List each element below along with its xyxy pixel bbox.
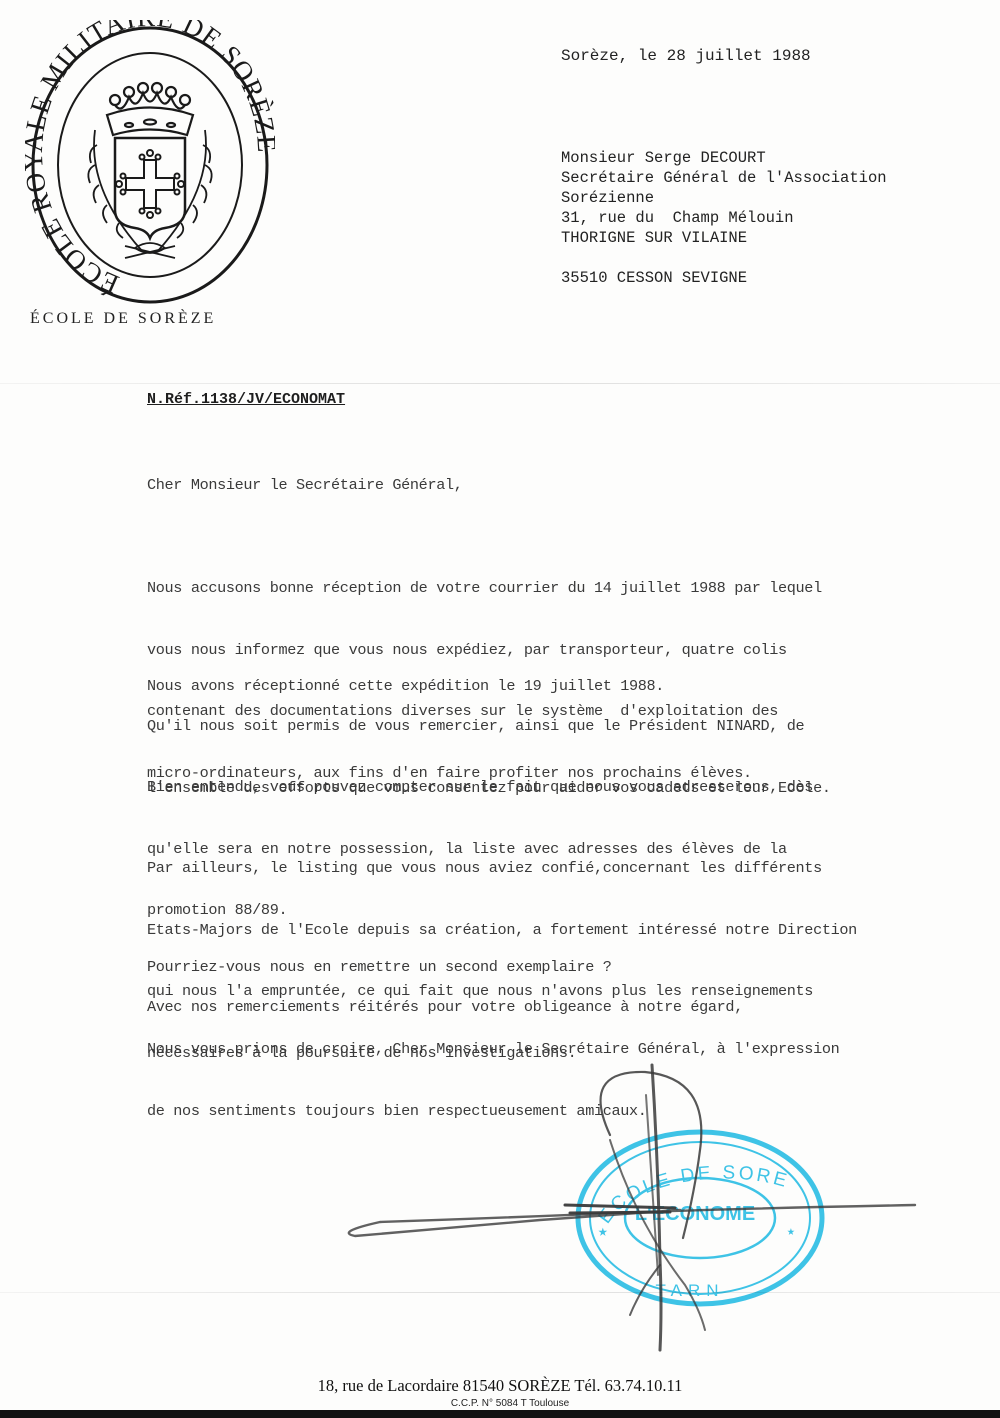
recipient-street: 31, rue du Champ Mélouin: [561, 208, 887, 228]
school-seal-emblem: ÉCOLE ROYALE MILITAIRE DE SORÈZE: [25, 20, 275, 310]
recipient-organization: Sorézienne: [561, 188, 887, 208]
letter-reference: N.Réf.1138/JV/ECONOMAT: [147, 391, 345, 408]
occitan-cross-icon: [116, 150, 184, 218]
stamp-and-signature: ECOLE DE SOREZE L'ECONOME TARN ★ ★: [340, 1060, 930, 1360]
recipient-name: Monsieur Serge DECOURT: [561, 148, 887, 168]
recipient-address: Monsieur Serge DECOURT Secrétaire Généra…: [561, 148, 887, 288]
body-line: Par ailleurs, le listing que vous nous a…: [147, 858, 857, 879]
body-line: Nous accusons bonne réception de votre c…: [147, 578, 822, 599]
recipient-locality: THORIGNE SUR VILAINE: [561, 228, 887, 248]
recipient-postal-city: 35510 CESSON SEVIGNE: [561, 268, 887, 288]
body-line: Nous vous prions de croire, Cher Monsieu…: [147, 1039, 839, 1060]
scan-edge: [0, 1410, 1000, 1418]
star-icon: ★: [598, 1223, 608, 1241]
crown-icon: [107, 83, 193, 135]
letter-date: Sorèze, le 28 juillet 1988: [561, 47, 811, 65]
body-line: Qu'il nous soit permis de vous remercier…: [147, 716, 831, 737]
footer-postal-account: C.C.P. N° 5084 T Toulouse: [0, 1398, 1000, 1409]
fold-line: [0, 383, 1000, 384]
school-name: ÉCOLE DE SORÈZE: [30, 310, 216, 328]
handwritten-signature: [349, 1065, 915, 1350]
recipient-title: Secrétaire Général de l'Association: [561, 168, 887, 188]
stamp-bottom-text: TARN: [655, 1281, 724, 1300]
fold-line: [0, 1292, 1000, 1293]
official-stamp: ECOLE DE SOREZE L'ECONOME TARN ★ ★: [340, 1060, 822, 1304]
footer-address: 18, rue de Lacordaire 81540 SORÈZE Tél. …: [0, 1376, 1000, 1396]
body-line: Bien entendu, vous pouvez compter sur le…: [147, 777, 813, 798]
star-icon: ★: [787, 1224, 795, 1239]
salutation: Cher Monsieur le Secrétaire Général,: [147, 475, 463, 496]
